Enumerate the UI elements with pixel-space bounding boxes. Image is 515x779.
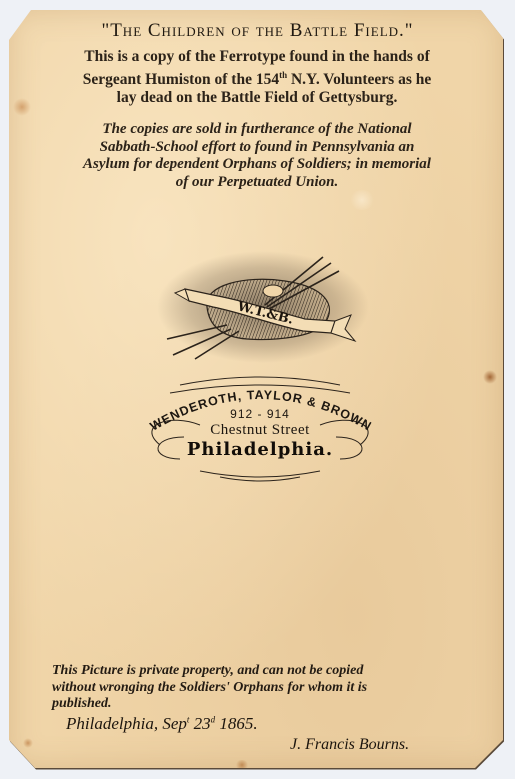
studio-street: Chestnut Street xyxy=(140,422,380,439)
foxing-stain xyxy=(483,370,497,384)
purpose-paragraph: The copies are sold in furtherance of th… xyxy=(36,121,478,191)
date-year: 1865. xyxy=(215,714,258,733)
signature: J. Francis Bourns. xyxy=(290,736,409,754)
intro-line: lay dead on the Battle Field of Gettysbu… xyxy=(36,89,478,107)
notice-line: without wronging the Soldiers' Orphans f… xyxy=(52,680,462,697)
purpose-line: of our Perpetuated Union. xyxy=(36,174,478,192)
foxing-stain xyxy=(349,190,375,210)
dateline: Philadelphia, Sept 23d 1865. xyxy=(66,714,258,734)
intro-line: Sergeant Humiston of the 154th N.Y. Volu… xyxy=(36,66,478,89)
purpose-line: Asylum for dependent Orphans of Soldiers… xyxy=(36,156,478,174)
intro-text: Sergeant Humiston of the 154 xyxy=(83,71,279,88)
notice-line: published. xyxy=(52,696,462,713)
intro-line: This is a copy of the Ferrotype found in… xyxy=(36,48,478,66)
notice-line: This Picture is private property, and ca… xyxy=(52,663,462,680)
studio-address-number: 912 - 914 xyxy=(140,407,380,421)
date-day: 23 xyxy=(189,714,210,733)
intro-paragraph: This is a copy of the Ferrotype found in… xyxy=(36,48,478,107)
intro-text: N.Y. Volunteers as he xyxy=(287,71,431,88)
card-title: "The Children of the Battle Field." xyxy=(0,20,515,42)
date-place: Philadelphia, Sep xyxy=(66,714,187,733)
foxing-stain xyxy=(23,738,33,748)
purpose-line: Sabbath-School effort to found in Pennsy… xyxy=(36,139,478,157)
ordinal-suffix: th xyxy=(279,70,287,80)
foxing-stain xyxy=(13,98,31,116)
purpose-line: The copies are sold in furtherance of th… xyxy=(36,121,478,139)
copyright-notice: This Picture is private property, and ca… xyxy=(52,663,462,713)
studio-imprint: WENDEROTH, TAYLOR & BROWN 912 - 914 Ches… xyxy=(140,375,380,485)
palette-emblem-icon: W.T.&B. xyxy=(155,245,370,365)
studio-city: Philadelphia. xyxy=(140,439,380,460)
